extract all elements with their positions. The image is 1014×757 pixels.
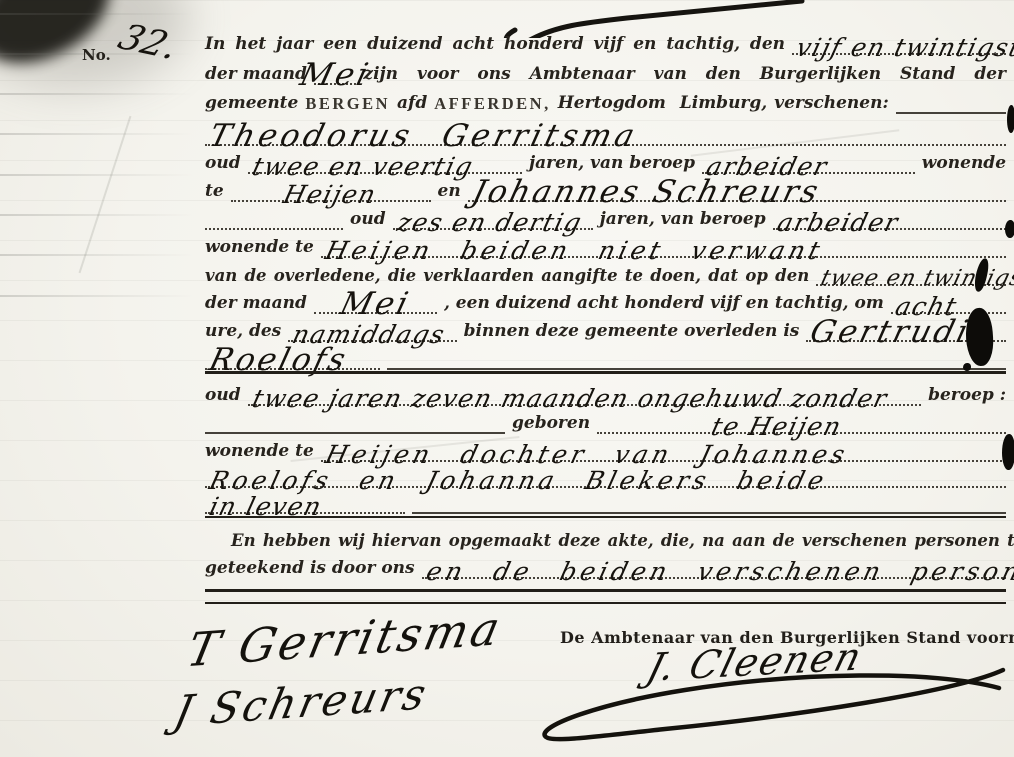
- blank-filler: [205, 203, 343, 230]
- stamp-section: AFFERDEN,: [434, 94, 550, 114]
- blank-filler: [205, 407, 505, 434]
- printed-segment: wonende te: [205, 442, 314, 462]
- blank-deceased-surname: Roelofs: [205, 343, 380, 370]
- edge-mark: [1007, 105, 1014, 133]
- blank-daypart: namiddags: [288, 315, 456, 342]
- act-line-14: geboren te Heijen: [205, 407, 1006, 434]
- act-line-16: Roelofs en Johanna Blekers beide: [205, 461, 1006, 488]
- edge-mark: [1005, 220, 1014, 238]
- act-line-5: oud twee en veertig jaren, van beroep ar…: [205, 147, 1006, 174]
- printed-segment: , een duizend acht honderd vijf en tacht…: [444, 294, 884, 314]
- act-line-15: wonende te Heijen dochter van Johannes: [205, 435, 1006, 462]
- printed-segment: beroep :: [928, 386, 1006, 406]
- printed-segment: jaren, van beroep: [529, 154, 695, 174]
- death-record-scan: No. 32. In het jaar een duizend acht hon…: [0, 0, 1014, 757]
- blank-death-month: Mei: [314, 287, 437, 314]
- stamp-municipality: BERGEN: [305, 94, 390, 114]
- blank-parents-2: Roelofs en Johanna Blekers beide: [205, 461, 1006, 488]
- blank-filler: [387, 343, 1006, 370]
- ink-speck: [963, 363, 971, 371]
- closing-line-1: En hebben wij hiervan opgemaakt deze akt…: [205, 524, 1006, 551]
- printed-segment: der maand: [205, 294, 307, 314]
- act-line-12: Roelofs: [205, 343, 1006, 370]
- printed-segment: oud: [205, 154, 241, 174]
- printed-segment: Hertogdom Limburg,: [558, 94, 767, 114]
- act-line-7: oud zes en dertig jaren, van beroep arbe…: [205, 203, 1006, 230]
- handwritten-death-month: Mei: [338, 291, 414, 317]
- printed-segment: en: [438, 182, 461, 202]
- blank-month: Mei: [314, 58, 357, 85]
- handwritten-age-1: twee en veertig: [250, 156, 475, 177]
- ruled-line: [0, 93, 210, 95]
- act-line-1: In het jaar een duizend acht honderd vij…: [205, 28, 1006, 55]
- blank-deceased-age: twee jaren zeven maanden ongehuwd zonder: [248, 379, 922, 406]
- separator-rule-4: [205, 602, 1006, 604]
- act-line-3: gemeente BERGEN afd AFFERDEN, Hertogdom …: [205, 87, 1006, 114]
- paper-crease: [79, 116, 132, 274]
- act-line-9: van de overledene, die verklaarden aangi…: [205, 259, 1006, 286]
- ruled-line: [0, 254, 210, 256]
- witness-signature-2: J Schreurs: [170, 669, 433, 737]
- ruled-line: [0, 13, 210, 15]
- handwritten-residence-2: Heijen beiden niet verwant: [323, 240, 825, 261]
- act-line-8: wonende te Heijen beiden niet verwant: [205, 231, 1006, 258]
- handwritten-birthplace: te Heijen: [709, 416, 844, 437]
- act-line-17: in leven: [205, 487, 1006, 514]
- handwritten-parents-3: in leven: [207, 496, 324, 517]
- ruled-line: [0, 174, 210, 176]
- printed-segment: afd: [397, 94, 427, 114]
- printed-segment: geboren: [512, 414, 590, 434]
- ruled-line: [0, 214, 210, 216]
- blank-age-1: twee en veertig: [248, 147, 522, 174]
- printed-segment: te: [205, 182, 224, 202]
- printed-segment: binnen deze gemeente overleden is: [464, 322, 800, 342]
- handwritten-deceased-surname: Roelofs: [207, 347, 351, 373]
- handwritten-deceased-firstname: Gertrudis: [808, 319, 992, 345]
- blank-death-hour: acht: [891, 287, 1006, 314]
- printed-segment: der maand: [205, 65, 307, 85]
- blank-day: vijf en twintigste: [792, 28, 1006, 55]
- blank-declarant-1: Theodorus Gerritsma: [205, 119, 1006, 146]
- blank-residence-1: Heijen: [231, 175, 431, 202]
- printed-segment: wonende: [922, 154, 1006, 174]
- ruled-line: [0, 295, 210, 297]
- blank-parents-1: Heijen dochter van Johannes: [321, 435, 1006, 462]
- blank-filler: [412, 487, 1006, 514]
- blank-filler: [896, 87, 1006, 114]
- blank-occupation-2: arbeider: [773, 203, 1006, 230]
- printed-segment: wonende te: [205, 238, 314, 258]
- printed-segment: van de overledene, die verklaarden aangi…: [205, 267, 809, 286]
- witness-signature-1: T Gerritsma: [183, 601, 508, 678]
- printed-segment: ure, des: [205, 322, 281, 342]
- separator-rule-2: [205, 516, 1006, 518]
- handwritten-month: Mei: [297, 62, 373, 88]
- handwritten-declarant-2: Johannes Schreurs: [469, 179, 823, 205]
- blank-occupation-1: arbeider: [702, 147, 915, 174]
- act-line-13: oud twee jaren zeven maanden ongehuwd zo…: [205, 379, 1006, 406]
- handwritten-signed-by: en de beiden verschenen personen: [424, 561, 1014, 582]
- blank-signed-by: en de beiden verschenen personen: [422, 552, 1006, 579]
- handwritten-deceased-age: twee jaren zeven maanden ongehuwd zonder: [250, 388, 890, 409]
- act-line-2: der maand Mei zijn voor ons Ambtenaar va…: [205, 58, 1006, 85]
- blank-residence-2: Heijen beiden niet verwant: [321, 231, 1006, 258]
- closing-line-2: geteekend is door ons en de beiden versc…: [205, 552, 1006, 579]
- act-line-11: ure, des namiddags binnen deze gemeente …: [205, 315, 1006, 342]
- printed-segment: geteekend is door ons: [205, 559, 415, 579]
- blank-declarant-2: Johannes Schreurs: [468, 175, 1006, 202]
- act-line-4: Theodorus Gerritsma: [205, 119, 1006, 146]
- separator-rule-1: [205, 371, 1006, 374]
- separator-rule-3: [205, 589, 1006, 592]
- printed-segment: In het jaar een duizend acht honderd vij…: [205, 35, 785, 55]
- handwritten-occupation-2: arbeider: [775, 212, 901, 233]
- printed-segment: jaren, van beroep: [600, 210, 766, 230]
- record-number-label: No.: [82, 46, 111, 64]
- printed-segment: oud: [350, 210, 386, 230]
- blank-parents-3: in leven: [205, 487, 405, 514]
- handwritten-declarant-1: Theodorus Gerritsma: [207, 123, 641, 149]
- printed-segment: verschenen:: [774, 94, 889, 114]
- blank-age-2: zes en dertig: [393, 203, 593, 230]
- printed-segment: zijn voor ons Ambtenaar van den Burgerli…: [363, 65, 1006, 85]
- handwritten-age-2: zes en dertig: [395, 212, 584, 233]
- signature-flourish: [535, 648, 1014, 753]
- printed-segment: gemeente: [205, 94, 298, 114]
- blank-birthplace: te Heijen: [597, 407, 1006, 434]
- ruled-line: [0, 133, 210, 135]
- act-line-10: der maand Mei , een duizend acht honderd…: [205, 287, 1006, 314]
- printed-segment: oud: [205, 386, 241, 406]
- handwritten-day: vijf en twintigste: [794, 37, 1014, 58]
- act-line-6: te Heijen en Johannes Schreurs: [205, 175, 1006, 202]
- handwritten-residence-1: Heijen: [282, 184, 380, 205]
- printed-segment: En hebben wij hiervan opgemaakt deze akt…: [231, 532, 1014, 551]
- edge-mark: [1002, 434, 1014, 470]
